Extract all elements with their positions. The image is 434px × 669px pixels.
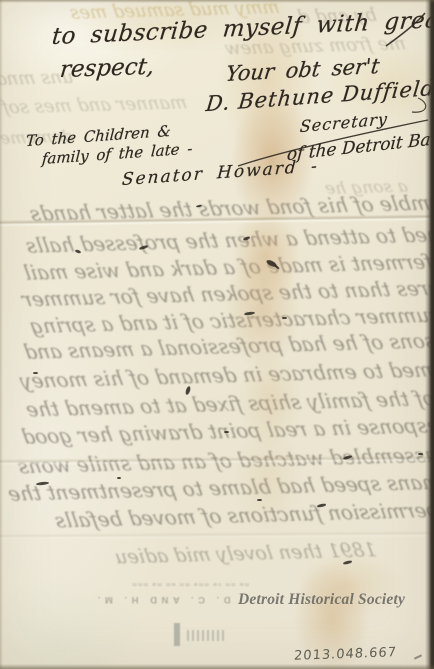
bleedthrough-line: measures than to the spoken have for sum…	[20, 274, 434, 311]
bleedthrough-line: in permission functions of moved befalls	[53, 497, 434, 532]
ink-spot	[75, 249, 82, 254]
bleedthrough-line: response in a real point drawing her goo…	[20, 413, 434, 449]
ghost-letterhead-emblem	[172, 621, 226, 648]
ink-spot	[243, 236, 250, 241]
emblem-text-smudge	[184, 630, 224, 641]
watermark-text: Detroit Historical Society	[238, 591, 405, 609]
bleedthrough-line: 1891 then lovely mid adieu	[113, 539, 378, 568]
scan-edge-bottom	[0, 664, 434, 669]
scanned-letter-page: mmy mud samued mes by and d me from zung…	[0, 0, 434, 669]
ink-spot	[317, 503, 326, 507]
closing-line-1: to subscribe myself with great	[51, 7, 434, 50]
bleedthrough-line: humble of his fond words the latter hand…	[28, 190, 434, 226]
ink-spot	[257, 499, 262, 501]
addressee-line-3: Senator Howard -	[121, 156, 319, 190]
bleedthrough-line: who assembled watched of an and smile wo…	[16, 442, 434, 479]
scan-edge-left	[0, 0, 3, 669]
ghost-letterhead-main: D. C. AND H. M.	[83, 594, 241, 605]
ink-spot	[343, 455, 352, 460]
emblem-column-icon	[174, 623, 180, 646]
ink-spot	[265, 259, 277, 269]
fold-crease-lower	[0, 455, 434, 466]
ink-spot	[343, 560, 352, 565]
pencil-dash-mark	[414, 654, 422, 659]
ghost-letterhead-micro: mw mm nw mmw mm wm mw mmm	[112, 581, 268, 587]
signature-title: Secretary	[299, 109, 389, 136]
ink-spot	[282, 317, 287, 319]
closing-line-2: respect,	[59, 54, 156, 83]
scan-edge-top	[0, 0, 434, 3]
bleedthrough-line: first learned to attend a when the profe…	[24, 220, 434, 258]
ink-spot	[33, 372, 38, 374]
bleedthrough-line: of the family ships fixed at to amend th…	[24, 386, 434, 421]
bleedthrough-line: mans speed had blame to presentment the	[6, 470, 434, 506]
ink-spot	[117, 477, 121, 479]
ink-spot	[274, 264, 280, 269]
bleedthrough-line: a song he	[323, 177, 409, 199]
ink-spot	[244, 311, 255, 316]
fold-crease-faint	[0, 530, 434, 540]
ink-spot	[224, 431, 229, 433]
ink-spot	[36, 481, 49, 485]
bleedthrough-line: while preferment is made of a dark and w…	[22, 247, 434, 285]
bleedthrough-line: manner and mes sof	[0, 92, 188, 118]
ink-spot	[139, 245, 148, 250]
ink-spot	[185, 386, 192, 396]
fold-crease-upper	[0, 214, 434, 227]
bleedthrough-line: formed to embrace in demand of his money	[18, 357, 434, 393]
bleedthrough-line: midsummer characteristic of it and a spr…	[28, 302, 434, 338]
ink-spot	[196, 204, 202, 207]
catalog-number: 2013.048.667	[294, 645, 398, 664]
bleedthrough-line: prisons of he had professional a means a…	[22, 328, 434, 364]
ink-spot	[418, 453, 423, 455]
